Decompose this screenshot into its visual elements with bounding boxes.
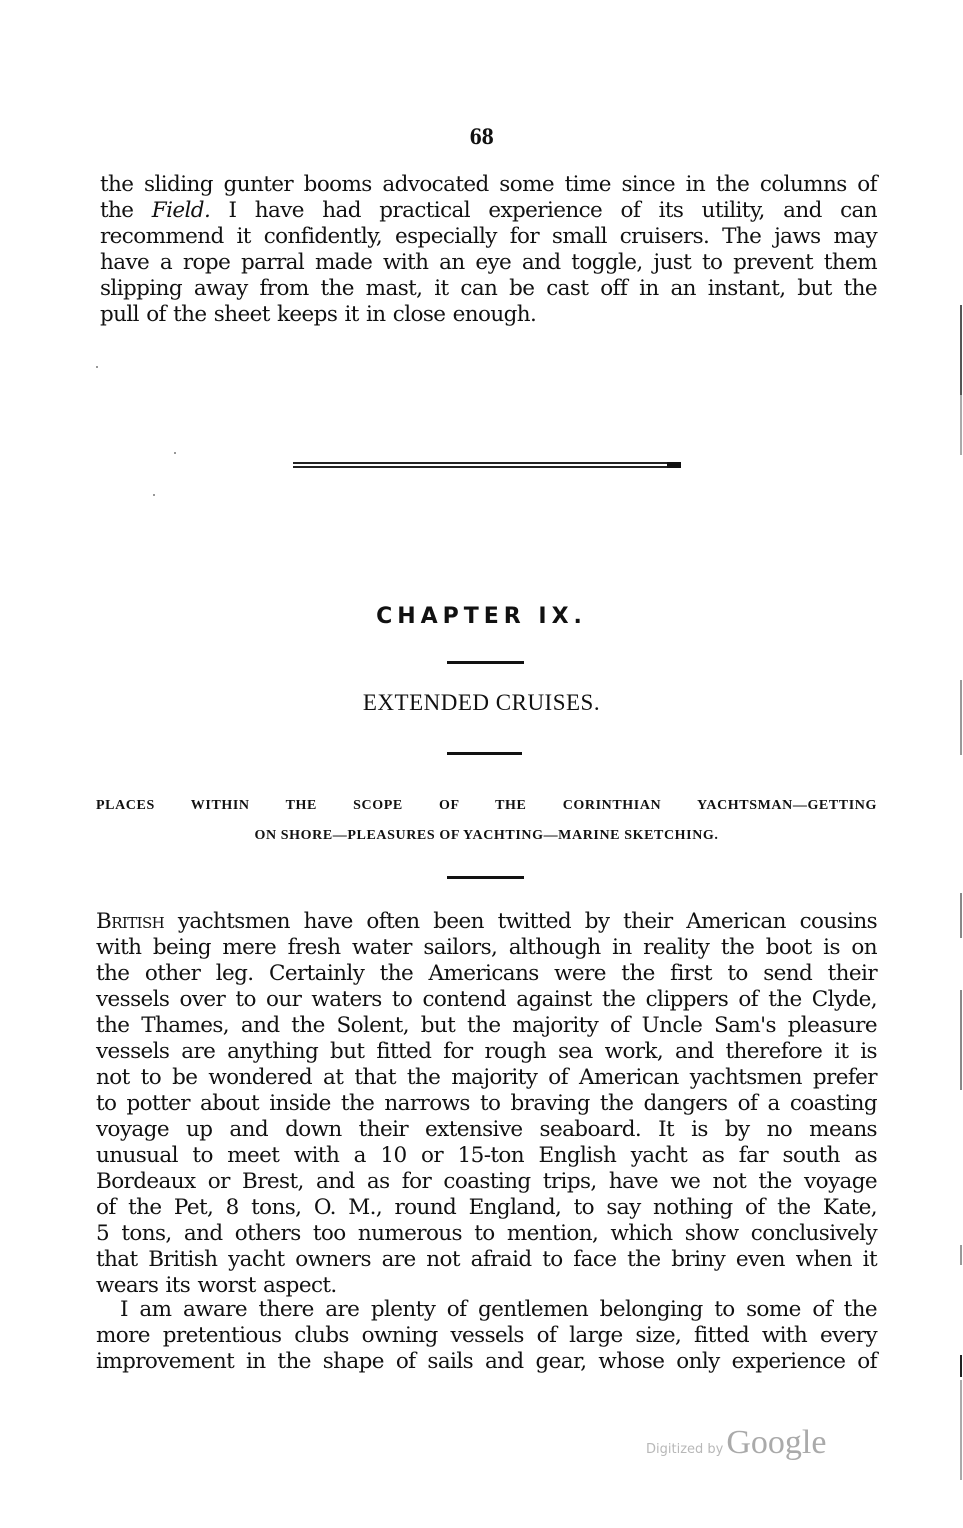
text-fragment: yachtsmen have often been twitted by the…	[178, 909, 877, 934]
scan-edge-artifact	[960, 1380, 962, 1480]
text-line: Bordeaux or Brest, and as for coasting t…	[96, 1169, 877, 1195]
chapter-rule	[447, 661, 524, 664]
text-line: the other leg. Certainly the Americans w…	[96, 961, 877, 987]
text-line: that British yacht owners are not afraid…	[96, 1247, 877, 1273]
text-line: more pretentious clubs owning vessels of…	[96, 1323, 877, 1349]
scan-speck	[153, 494, 155, 496]
text-line: vessels are anything but fitted for roug…	[96, 1039, 877, 1065]
scan-edge-artifact	[960, 990, 962, 1090]
scan-edge-artifact	[960, 1355, 962, 1377]
scan-edge-artifact	[960, 305, 962, 395]
text-line: vessels over to our waters to contend ag…	[96, 987, 877, 1013]
text-line: 5 tons, and others too numerous to menti…	[96, 1221, 877, 1247]
text-line: the Thames, and the Solent, but the majo…	[96, 1013, 877, 1039]
text-line: of the Pet, 8 tons, O. M., round England…	[96, 1195, 877, 1221]
divider-rule-end	[667, 462, 681, 468]
chapter-rule	[447, 752, 522, 755]
watermark-prefix: Digitized by	[646, 1442, 723, 1457]
text-line: voyage up and down their extensive seabo…	[96, 1117, 877, 1143]
section-divider	[293, 462, 681, 468]
divider-rule-top	[293, 462, 681, 464]
text-fragment: the	[100, 198, 133, 223]
scan-edge-artifact	[960, 893, 962, 938]
carryover-paragraph: the sliding gunter booms advocated some …	[100, 172, 877, 328]
scan-edge-artifact	[960, 680, 962, 755]
text-line: have a rope parral made with an eye and …	[100, 250, 877, 276]
text-line: slipping away from the mast, it can be c…	[100, 276, 877, 302]
scan-speck	[174, 452, 176, 454]
text-line: improvement in the shape of sails and ge…	[96, 1349, 877, 1375]
digitized-watermark: Digitized byGoogle	[646, 1424, 826, 1462]
text-line: the sliding gunter booms advocated some …	[100, 172, 877, 198]
text-line: the Field. I have had practical experien…	[100, 198, 877, 224]
drop-word: British	[96, 909, 164, 934]
text-line: recommend it confidently, especially for…	[100, 224, 877, 250]
text-line: with being mere fresh water sailors, alt…	[96, 935, 877, 961]
page-number: 68	[72, 124, 891, 149]
text-line: not to be wondered at that the majority …	[96, 1065, 877, 1091]
scan-speck	[96, 366, 98, 368]
text-line: British yachtsmen have often been twitte…	[96, 909, 877, 935]
text-line: unusual to meet with a 10 or 15-ton Engl…	[96, 1143, 877, 1169]
chapter-rule	[447, 876, 524, 879]
synopsis-line: ON SHORE—PLEASURES OF YACHTING—MARINE SK…	[96, 821, 877, 851]
body-paragraph: British yachtsmen have often been twitte…	[96, 909, 877, 1299]
text-line: pull of the sheet keeps it in close enou…	[100, 302, 877, 328]
text-line: I am aware there are plenty of gentlemen…	[96, 1297, 877, 1323]
chapter-synopsis: PLACES WITHIN THE SCOPE OF THE CORINTHIA…	[96, 791, 877, 851]
synopsis-line: PLACES WITHIN THE SCOPE OF THE CORINTHIA…	[96, 791, 877, 821]
chapter-heading: CHAPTER IX.	[0, 604, 963, 629]
body-paragraph: I am aware there are plenty of gentlemen…	[96, 1297, 877, 1375]
scan-edge-artifact	[960, 395, 962, 455]
divider-rule-bottom	[293, 466, 681, 468]
text-fragment: I have had practical experience of its u…	[229, 198, 877, 223]
italic-title-field: Field.	[152, 198, 210, 223]
scan-edge-artifact	[960, 1245, 962, 1265]
chapter-title: EXTENDED CRUISES.	[0, 690, 963, 716]
text-line: to potter about inside the narrows to br…	[96, 1091, 877, 1117]
text-line: wears its worst aspect.	[96, 1273, 877, 1299]
google-logo: Google	[726, 1424, 826, 1461]
